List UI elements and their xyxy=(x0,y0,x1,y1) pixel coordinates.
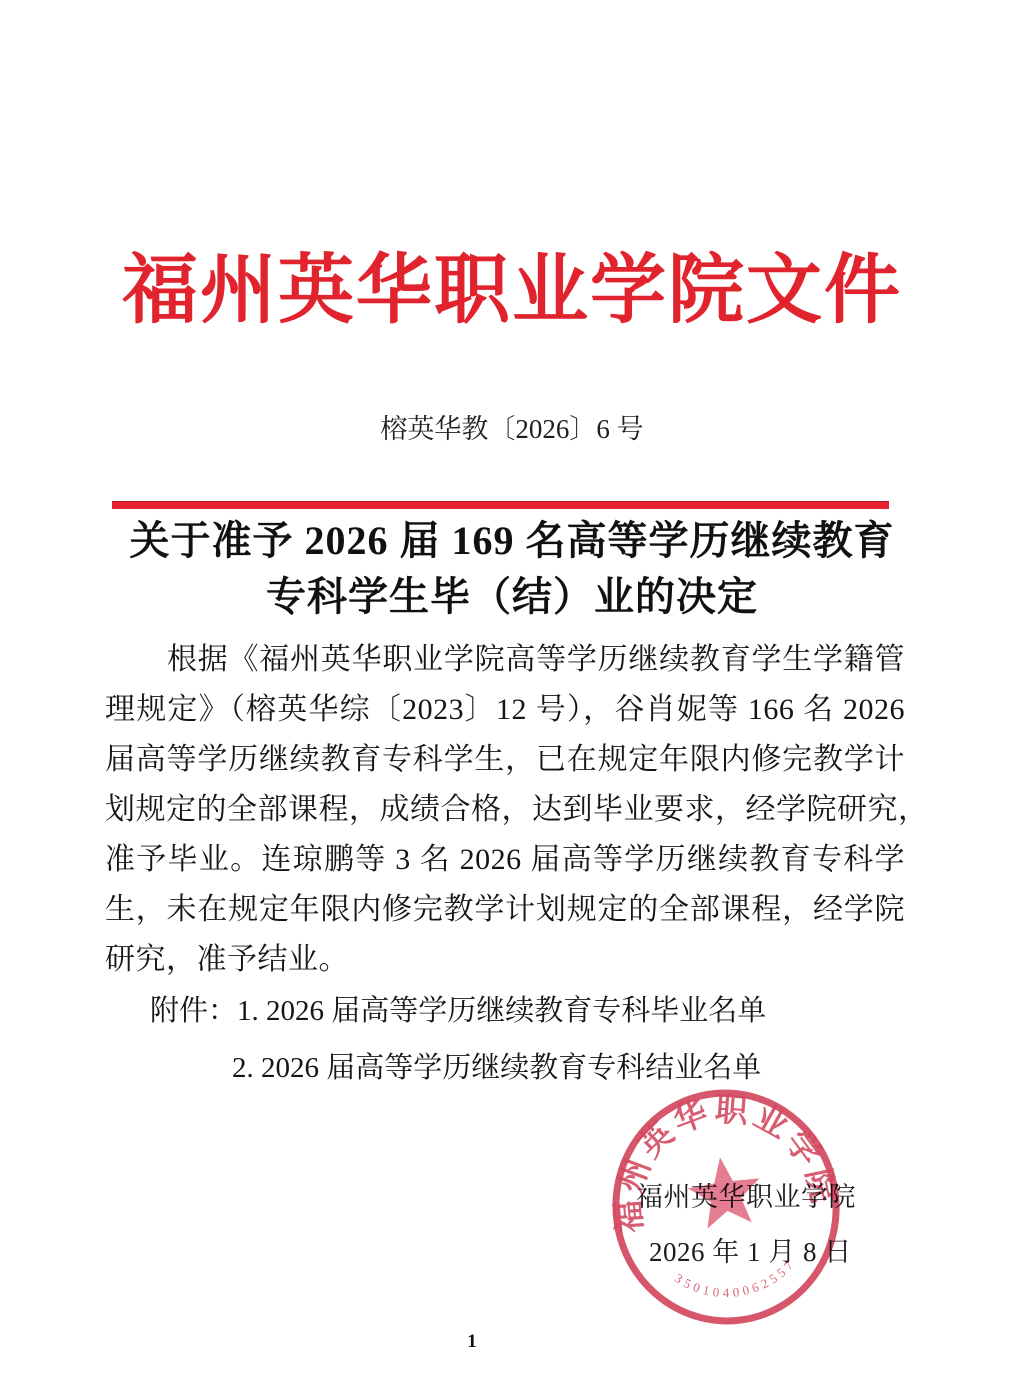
red-separator-line xyxy=(112,501,889,509)
document-header-title: 福州英华职业学院文件 xyxy=(0,250,1024,334)
seal-serial-number: 3501040062557 xyxy=(670,1254,802,1308)
svg-text:3501040062557: 3501040062557 xyxy=(670,1254,802,1308)
body-line: 生，未在规定年限内修完教学计划规定的全部课程，经学院 xyxy=(105,885,905,935)
document-title-line1: 关于准予 2026 届 169 名高等学历继续教育 xyxy=(0,517,1024,565)
attachment-line-1: 附件：1. 2026 届高等学历继续教育专科毕业名单 xyxy=(150,994,766,1029)
body-line: 准予毕业。连琼鹏等 3 名 2026 届高等学历继续教育专科学 xyxy=(105,835,905,885)
body-line: 根据《福州英华职业学院高等学历继续教育学生学籍管 xyxy=(105,635,905,685)
body-line: 研究，准予结业。 xyxy=(105,935,905,985)
document-title-line2: 专科学生毕（结）业的决定 xyxy=(0,573,1024,621)
body-line: 理规定》（榕英华综〔2023〕12 号），谷肖妮等 166 名 2026 xyxy=(105,685,905,735)
doc-number: 榕英华教〔2026〕6 号 xyxy=(0,413,1024,445)
star-icon xyxy=(684,1152,765,1230)
body-line: 划规定的全部课程，成绩合格，达到毕业要求，经学院研究， xyxy=(105,785,905,835)
document-page: 福州英华职业学院文件 榕英华教〔2026〕6 号 关于准予 2026 届 169… xyxy=(0,0,1024,1398)
body-line: 届高等学历继续教育专科学生，已在规定年限内修完教学计 xyxy=(105,735,905,785)
document-body: 根据《福州英华职业学院高等学历继续教育学生学籍管 理规定》（榕英华综〔2023〕… xyxy=(105,635,905,985)
page-number: 1 xyxy=(460,1331,484,1353)
official-seal: 福州英华职业学院 3501040062557 xyxy=(599,1078,857,1340)
